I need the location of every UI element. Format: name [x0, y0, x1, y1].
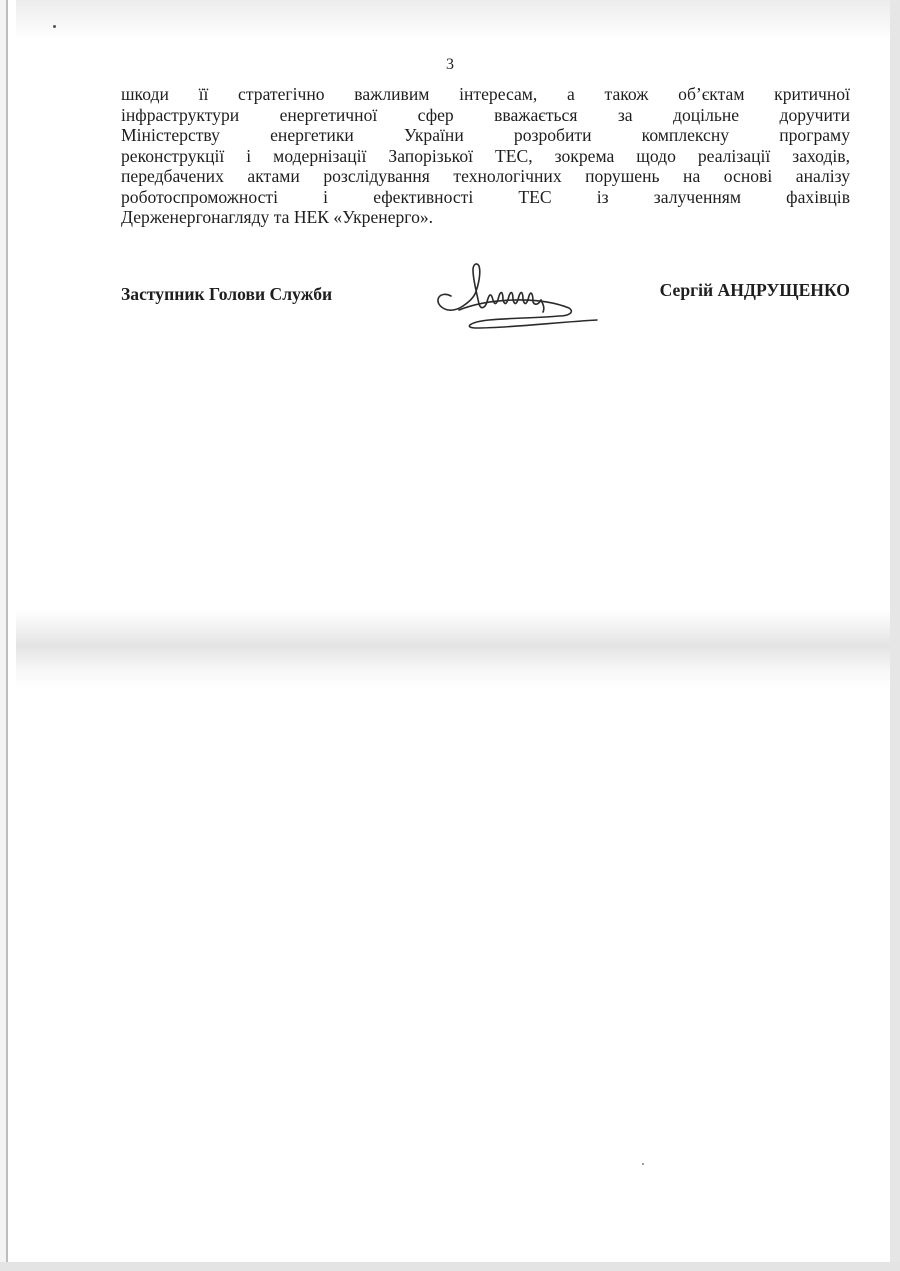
- signatory-position: Заступник Голови Служби: [121, 284, 332, 305]
- handwritten-signature-icon: [429, 258, 609, 336]
- body-line: передбачених актами розслідування технол…: [121, 166, 850, 187]
- scan-speck: [642, 1163, 644, 1165]
- body-paragraph: шкоди її стратегічно важливим інтересам,…: [121, 84, 850, 228]
- body-line: шкоди її стратегічно важливим інтересам,…: [121, 84, 850, 105]
- scan-shadow-top: [16, 0, 896, 40]
- scan-edge-bottom: [0, 1262, 900, 1271]
- body-line: Держенергонагляду та НЕК «Укренерго».: [121, 207, 850, 228]
- body-line: Міністерству енергетики України розробит…: [121, 125, 850, 146]
- body-line: роботоспроможності і ефективності ТЕС із…: [121, 187, 850, 208]
- signature-block: Заступник Голови Служби Сергій АНДРУЩЕНК…: [121, 258, 850, 338]
- signatory-name: Сергій АНДРУЩЕНКО: [660, 280, 850, 301]
- scan-fold-shadow: [16, 610, 896, 690]
- scan-edge-right: [890, 0, 900, 1271]
- body-line: реконструкції і модернізації Запорізької…: [121, 146, 850, 167]
- body-line: інфраструктури енергетичної сфер вважаєт…: [121, 105, 850, 126]
- page-number: 3: [0, 56, 900, 74]
- scan-speck: [53, 25, 56, 28]
